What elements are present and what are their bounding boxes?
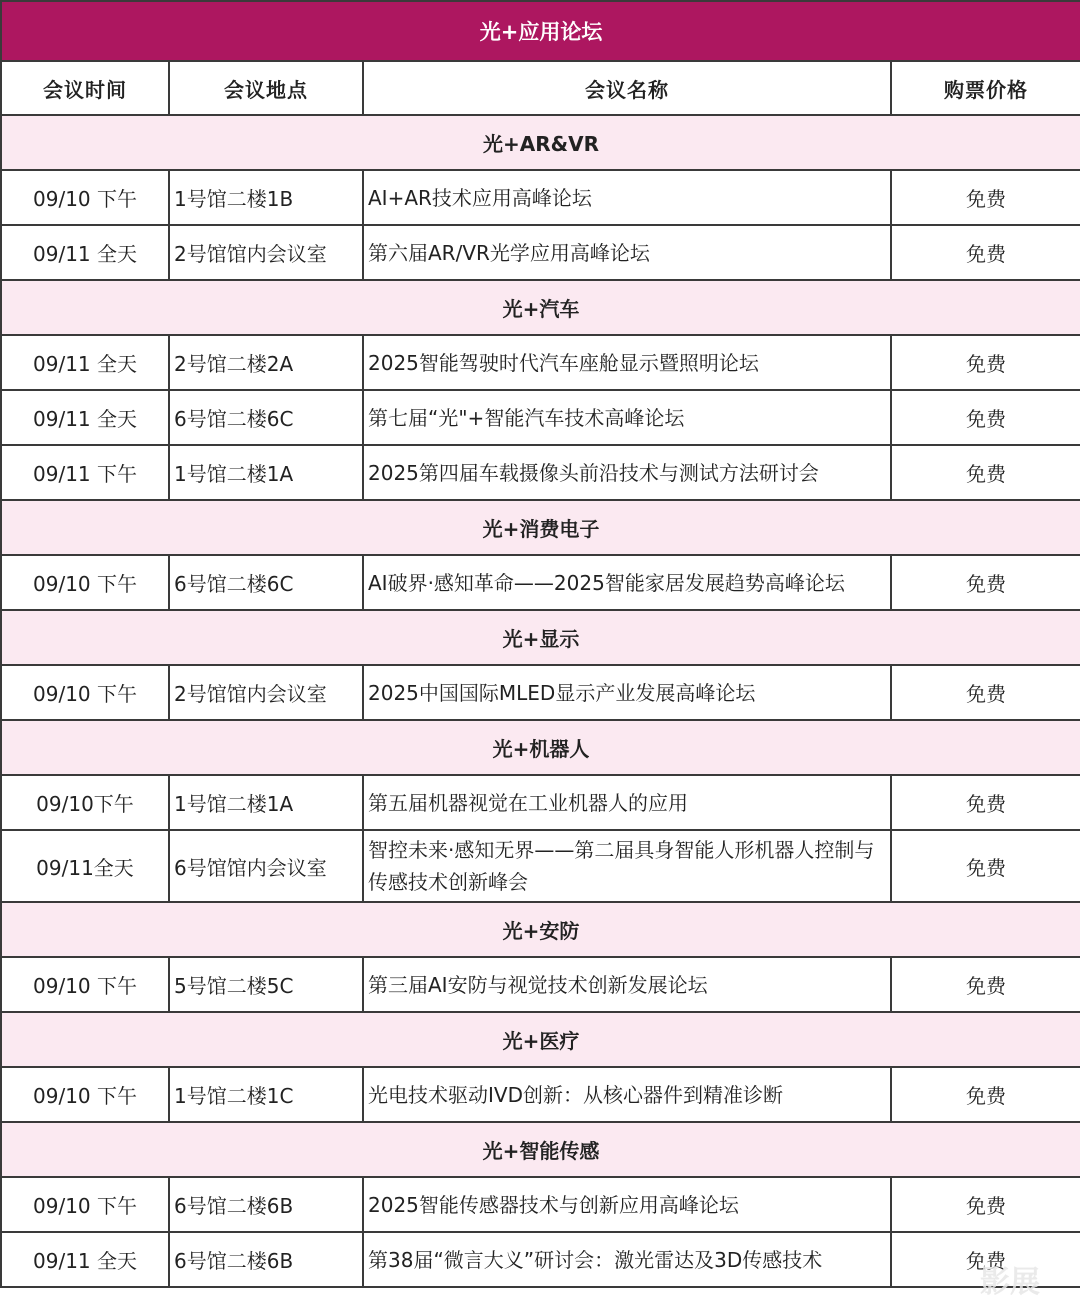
table-row: 09/10 下午6号馆二楼6B2025智能传感器技术与创新应用高峰论坛免费 (1, 1177, 1080, 1232)
table-title: 光+应用论坛 (1, 1, 1080, 61)
meeting-name: 2025智能驾驶时代汽车座舱显示暨照明论坛 (363, 335, 891, 390)
category-label: 光+机器人 (1, 720, 1080, 775)
meeting-time: 09/11 下午 (1, 445, 169, 500)
meeting-name: 智控未来·感知无界——第二届具身智能人形机器人控制与传感技术创新峰会 (363, 830, 891, 902)
meeting-location: 5号馆二楼5C (169, 957, 363, 1012)
ticket-price: 免费 (891, 957, 1080, 1012)
meeting-name: AI破界·感知革命——2025智能家居发展趋势高峰论坛 (363, 555, 891, 610)
category-row: 光+AR&VR (1, 115, 1080, 170)
table-row: 09/10 下午5号馆二楼5C第三届AI安防与视觉技术创新发展论坛免费 (1, 957, 1080, 1012)
meeting-time: 09/10 下午 (1, 555, 169, 610)
ticket-price: 免费 (891, 1067, 1080, 1122)
meeting-time: 09/10 下午 (1, 170, 169, 225)
table-row: 09/11 下午1号馆二楼1A 2025第四届车载摄像头前沿技术与测试方法研讨会… (1, 445, 1080, 500)
meeting-location: 1号馆二楼1A (169, 775, 363, 830)
column-header-row: 会议时间 会议地点 会议名称 购票价格 (1, 61, 1080, 115)
table-row: 09/11 全天6号馆二楼6B第38届“微言大义”研讨会：激光雷达及3D传感技术… (1, 1232, 1080, 1287)
meeting-location: 1号馆二楼1C (169, 1067, 363, 1122)
table-row: 09/10 下午6号馆二楼6CAI破界·感知革命——2025智能家居发展趋势高峰… (1, 555, 1080, 610)
meeting-time: 09/10下午 (1, 775, 169, 830)
ticket-price: 免费 (891, 1177, 1080, 1232)
meeting-time: 09/10 下午 (1, 957, 169, 1012)
header-location: 会议地点 (169, 61, 363, 115)
meeting-location: 1号馆二楼1B (169, 170, 363, 225)
ticket-price: 免费 (891, 225, 1080, 280)
meeting-name: 第五届机器视觉在工业机器人的应用 (363, 775, 891, 830)
table-row: 09/10 下午2号馆馆内会议室2025中国国际MLED显示产业发展高峰论坛免费 (1, 665, 1080, 720)
table-row: 09/11 全天2号馆馆内会议室第六届AR/VR光学应用高峰论坛免费 (1, 225, 1080, 280)
meeting-location: 6号馆二楼6B (169, 1232, 363, 1287)
meeting-name: 第38届“微言大义”研讨会：激光雷达及3D传感技术 (363, 1232, 891, 1287)
category-label: 光+汽车 (1, 280, 1080, 335)
forum-schedule-table: 光+应用论坛 会议时间 会议地点 会议名称 购票价格 光+AR&VR09/10 … (0, 0, 1080, 1288)
table-title-row: 光+应用论坛 (1, 1, 1080, 61)
category-label: 光+AR&VR (1, 115, 1080, 170)
ticket-price: 免费 (891, 830, 1080, 902)
meeting-name: 第三届AI安防与视觉技术创新发展论坛 (363, 957, 891, 1012)
table-row: 09/10 下午1号馆二楼1BAI+AR技术应用高峰论坛免费 (1, 170, 1080, 225)
table-body: 光+AR&VR09/10 下午1号馆二楼1BAI+AR技术应用高峰论坛免费09/… (1, 115, 1080, 1287)
category-label: 光+消费电子 (1, 500, 1080, 555)
meeting-location: 2号馆馆内会议室 (169, 225, 363, 280)
table-row: 09/11 全天6号馆二楼6C第七届“光"+智能汽车技术高峰论坛免费 (1, 390, 1080, 445)
meeting-time: 09/11 全天 (1, 1232, 169, 1287)
category-row: 光+智能传感 (1, 1122, 1080, 1177)
meeting-time: 09/10 下午 (1, 1177, 169, 1232)
meeting-name: 2025第四届车载摄像头前沿技术与测试方法研讨会 (363, 445, 891, 500)
category-label: 光+显示 (1, 610, 1080, 665)
table-row: 09/10 下午1号馆二楼1C光电技术驱动IVD创新：从核心器件到精准诊断免费 (1, 1067, 1080, 1122)
category-row: 光+汽车 (1, 280, 1080, 335)
meeting-location: 2号馆馆内会议室 (169, 665, 363, 720)
meeting-name: 第七届“光"+智能汽车技术高峰论坛 (363, 390, 891, 445)
meeting-name: 2025中国国际MLED显示产业发展高峰论坛 (363, 665, 891, 720)
category-row: 光+机器人 (1, 720, 1080, 775)
meeting-location: 6号馆二楼6C (169, 555, 363, 610)
ticket-price: 免费 (891, 1232, 1080, 1287)
meeting-location: 6号馆二楼6B (169, 1177, 363, 1232)
table-row: 09/11 全天2号馆二楼2A2025智能驾驶时代汽车座舱显示暨照明论坛免费 (1, 335, 1080, 390)
header-time: 会议时间 (1, 61, 169, 115)
ticket-price: 免费 (891, 555, 1080, 610)
category-label: 光+医疗 (1, 1012, 1080, 1067)
table-row: 09/11全天6号馆馆内会议室智控未来·感知无界——第二届具身智能人形机器人控制… (1, 830, 1080, 902)
meeting-location: 6号馆二楼6C (169, 390, 363, 445)
category-row: 光+安防 (1, 902, 1080, 957)
table-row: 09/10下午1号馆二楼1A第五届机器视觉在工业机器人的应用免费 (1, 775, 1080, 830)
meeting-name: 第六届AR/VR光学应用高峰论坛 (363, 225, 891, 280)
ticket-price: 免费 (891, 775, 1080, 830)
meeting-location: 2号馆二楼2A (169, 335, 363, 390)
meeting-name: 2025智能传感器技术与创新应用高峰论坛 (363, 1177, 891, 1232)
meeting-name: 光电技术驱动IVD创新：从核心器件到精准诊断 (363, 1067, 891, 1122)
meeting-time: 09/11 全天 (1, 225, 169, 280)
header-price: 购票价格 (891, 61, 1080, 115)
meeting-time: 09/10 下午 (1, 1067, 169, 1122)
ticket-price: 免费 (891, 335, 1080, 390)
ticket-price: 免费 (891, 390, 1080, 445)
meeting-time: 09/10 下午 (1, 665, 169, 720)
category-row: 光+消费电子 (1, 500, 1080, 555)
ticket-price: 免费 (891, 445, 1080, 500)
meeting-name: AI+AR技术应用高峰论坛 (363, 170, 891, 225)
meeting-location: 1号馆二楼1A (169, 445, 363, 500)
meeting-location: 6号馆馆内会议室 (169, 830, 363, 902)
category-row: 光+医疗 (1, 1012, 1080, 1067)
category-label: 光+智能传感 (1, 1122, 1080, 1177)
meeting-time: 09/11 全天 (1, 390, 169, 445)
meeting-time: 09/11全天 (1, 830, 169, 902)
category-label: 光+安防 (1, 902, 1080, 957)
header-name: 会议名称 (363, 61, 891, 115)
category-row: 光+显示 (1, 610, 1080, 665)
ticket-price: 免费 (891, 665, 1080, 720)
meeting-time: 09/11 全天 (1, 335, 169, 390)
ticket-price: 免费 (891, 170, 1080, 225)
